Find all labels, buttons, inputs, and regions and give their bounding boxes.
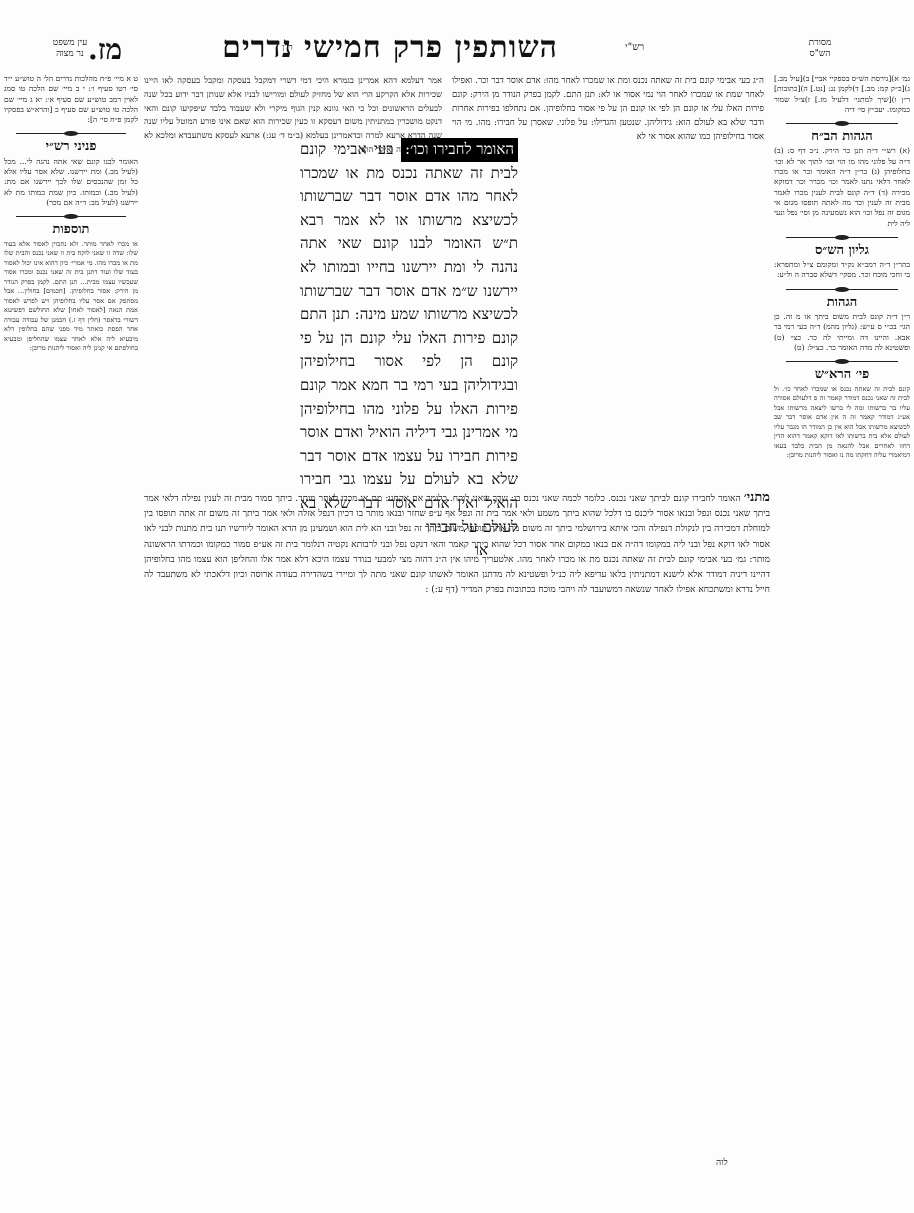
page-title: השותפין פרק חמישי נדרים: [180, 30, 600, 65]
ran-line: אלא לישנא דמתניתין בלאו עדיפא ליה כנ״ל ו…: [250, 570, 702, 580]
divider: [786, 289, 898, 290]
ran-line: בירושלמי ביתך זה משום מה אתה תופסו משום …: [144, 524, 607, 534]
right-margin-column: גמ׳ א)[גירסת הש״ס בספקיי אביי] ב)[עיל מב…: [774, 74, 910, 463]
gemara-text: בעי אבימי קונם לבית זה שאתה נכנס מת או ש…: [300, 140, 518, 536]
rosh-text: קונם לבית זה שאתה נכנס או שמכרו לאחר כו׳…: [774, 385, 910, 461]
left-margin-column: ט א מיי׳ פ״ח מהלכות נדרים הל׳ ה טוש״ע י״…: [4, 74, 138, 356]
ran-bottom-body: מתני׳ האומר לחבירו קונם לביתך שאני נכנס.…: [144, 490, 770, 598]
masoret-line1: מסורת: [790, 38, 850, 49]
rashi-commentary: ה״ג בעי אבימי קונם בית זה שאתה נכנס ומת …: [452, 74, 764, 144]
gilyon-title: גליון הש״ס: [774, 246, 910, 256]
ran-commentary-bottom: מתני׳ האומר לחבירו קונם לביתך שאני נכנס.…: [144, 490, 770, 598]
ran-label: ר"ן: [282, 42, 293, 53]
masoret-hashas-heading: מסורת הש"ס: [790, 38, 850, 60]
penei-rashi-title: פניני רש״י: [4, 142, 138, 152]
divider: [16, 133, 126, 134]
ran-line: האומר לחבירו קונם לביתך שאני נכנס. כלומר…: [295, 494, 740, 504]
rashi-text: ה״ג בעי אבימי קונם בית זה שאתה נכנס ומת …: [452, 76, 764, 142]
divider: [786, 361, 898, 362]
hagahot-text: ר״ן ד״ה קונס לבית משום ביתך או מ זה. כן …: [774, 312, 910, 353]
masoret-line2: הש"ס: [790, 49, 850, 60]
tosafot-title: תוספות: [4, 225, 138, 235]
hagahot-bach-text: (א) רש״י ד״ה תנן כר הירק. נ״ב דף ס: (ב) …: [774, 146, 910, 228]
ein-mishpat-text: ט א מיי׳ פ״ח מהלכות נדרים הל׳ ה טוש״ע י״…: [4, 74, 138, 125]
hagahot-title: הגהות: [774, 298, 910, 308]
gilyon-text: בהר״ן ד״ה רמב״א נק״ד ומקומם צ״ל ומתפרא: …: [774, 260, 910, 281]
dibbur-hamatchil: האומר לחבירו וכו׳:: [401, 138, 518, 162]
mishna-label: מתני׳: [744, 490, 770, 505]
tosafot-text: או מכרו לאחר מותר. ולא נתכוין לאסור אלא …: [4, 240, 138, 354]
ein-mishpat-heading: עין משפט נר מצוה: [40, 38, 100, 60]
hagahot-bach-title: הגהות הב״ח: [774, 132, 910, 142]
ran-line: אסור לאו דוקא נפל ובני ליה במקומו דה״ה א…: [327, 540, 770, 550]
ein-mishpat-line1: עין משפט: [40, 38, 100, 49]
divider: [786, 237, 898, 238]
rosh-title: פי׳ הרא״ש: [774, 370, 910, 380]
rashi-label: רש"י: [625, 42, 644, 53]
catchword: לוה: [716, 1157, 728, 1168]
divider: [786, 123, 898, 124]
divider: [16, 216, 126, 217]
masoret-text: גמ׳ א)[גירסת הש״ס בספקיי אביי] ב)[עיל מב…: [774, 74, 910, 115]
ein-mishpat-line2: נר מצוה: [40, 49, 100, 60]
penei-rashi-text: האומר לבנו קונם שאי אתה נהנה לי... מכל (…: [4, 157, 138, 208]
